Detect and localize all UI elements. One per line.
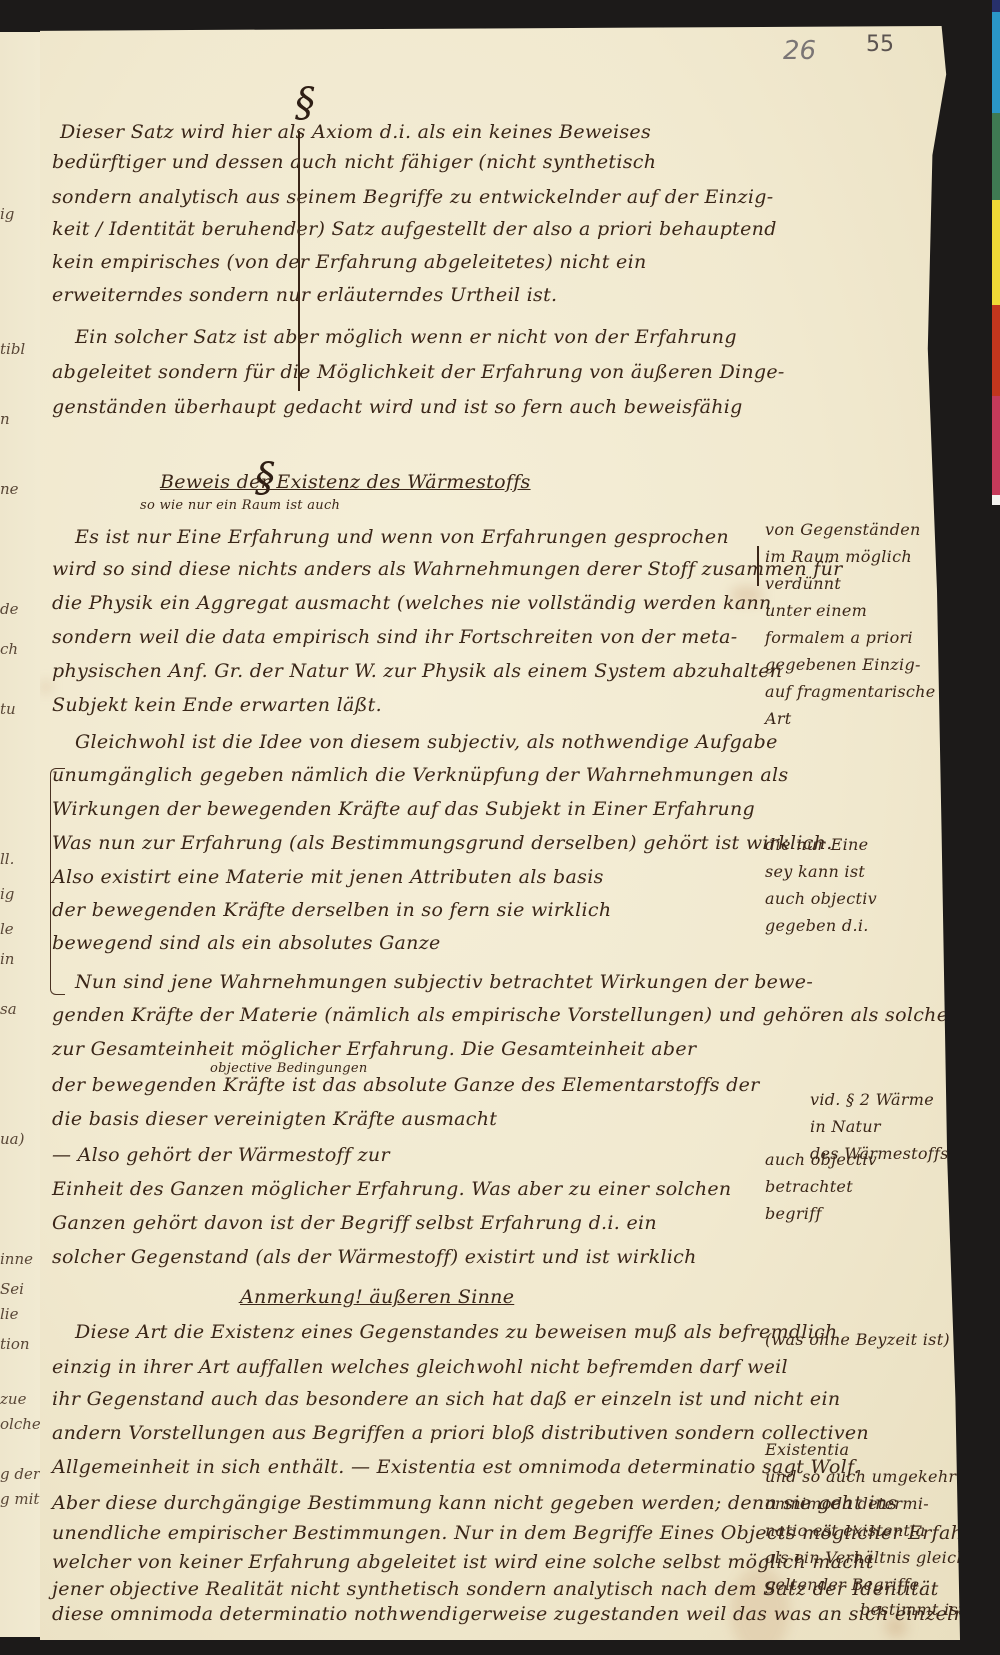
handwritten-line: bewegend sind als ein absolutes Ganze <box>52 932 441 954</box>
calibration-swatch-red <box>992 305 1000 396</box>
handwritten-line: Ganzen gehört davon ist der Begriff selb… <box>52 1212 657 1234</box>
handwritten-line: Nun sind jene Wahrnehmungen subjectiv be… <box>75 971 813 993</box>
calibration-swatch-green <box>992 113 1000 200</box>
facing-page-text-fragment: sa <box>0 1000 17 1018</box>
facing-page-text-fragment: tibl <box>0 340 25 358</box>
facing-page-text-fragment: ua) <box>0 1130 24 1148</box>
handwritten-line: genden Kräfte der Materie (nämlich als e… <box>52 1004 948 1026</box>
margin-note-line: vid. § 2 Wärme <box>810 1086 949 1113</box>
facing-page-text-fragment: g der <box>0 1465 40 1483</box>
facing-page-text-fragment: n <box>0 410 10 428</box>
handwritten-line: andern Vorstellungen aus Begriffen a pri… <box>52 1422 869 1444</box>
handwritten-line: ihr Gegenstand auch das besondere an sic… <box>52 1388 840 1410</box>
facing-page-text-fragment: tu <box>0 700 16 718</box>
facing-page-text-fragment: ne <box>0 480 19 498</box>
folio-number-pencil: 26 <box>783 36 816 66</box>
handwritten-line: so wie nur ein Raum ist auch <box>140 498 340 513</box>
handwritten-line: solcher Gegenstand (als der Wärmestoff) … <box>52 1246 697 1268</box>
margin-note-line: gegebenen Einzig- <box>765 651 936 678</box>
margin-note-line: unter einem <box>765 597 936 624</box>
manuscript-page: 26 55 §§Dieser Satz wird hier als Axiom … <box>40 26 960 1640</box>
calibration-swatch-navy <box>992 0 1000 12</box>
margin-note-line: (was ohne Beyzeit ist) <box>765 1326 950 1353</box>
section-sign: § <box>295 80 315 126</box>
handwritten-line: keit / Identität beruhender) Satz aufges… <box>52 218 777 240</box>
margin-note-line: gegeben d.i. <box>765 912 877 939</box>
handwritten-line: der bewegenden Kräfte ist das absolute G… <box>52 1074 760 1096</box>
handwritten-line: Also existirt eine Materie mit jenen Att… <box>52 866 604 888</box>
margin-note-line: und so auch umgekehrt <box>765 1463 973 1490</box>
margin-note: (was ohne Beyzeit ist) <box>765 1326 950 1353</box>
margin-note-line: auch objectiv <box>765 1146 877 1173</box>
handwritten-line: Allgemeinheit in sich enthält. — Existen… <box>52 1456 860 1478</box>
handwritten-line: wird so sind diese nichts anders als Wah… <box>52 558 843 580</box>
handwritten-line: die Physik ein Aggregat ausmacht (welche… <box>52 592 772 614</box>
facing-page-text-fragment: in <box>0 950 14 968</box>
handwritten-line: Diese Art die Existenz eines Gegenstande… <box>75 1321 838 1343</box>
margin-note: auch objectivbetrachtetbegriff <box>765 1146 877 1227</box>
margin-note-line: betrachtet <box>765 1173 877 1200</box>
margin-note-line: von Gegenständen <box>765 516 936 543</box>
color-calibration-strip <box>992 0 1000 505</box>
handwritten-line: sondern weil die data empirisch sind ihr… <box>52 626 737 648</box>
margin-note-line: sey kann ist <box>765 858 877 885</box>
handwritten-line: Dieser Satz wird hier als Axiom d.i. als… <box>60 121 651 143</box>
section-heading: Beweis der Existenz des Wärmestoffs <box>160 471 531 493</box>
facing-page-text-fragment: ll. <box>0 850 14 868</box>
margin-note-line: geltender Begriffe. <box>765 1571 973 1598</box>
handwritten-line: — Also gehört der Wärmestoff zur <box>52 1144 390 1166</box>
facing-page-text-fragment: ig <box>0 205 14 223</box>
margin-note-line: omnimoda determi- <box>765 1490 973 1517</box>
ink-stain <box>40 681 52 693</box>
calibration-swatch-white <box>992 495 1000 505</box>
margin-note-line: auch objectiv <box>765 885 877 912</box>
handwritten-line: Subjekt kein Ende erwarten läßt. <box>52 694 382 716</box>
calibration-swatch-magenta <box>992 396 1000 495</box>
handwritten-line: kein empirisches (von der Erfahrung abge… <box>52 251 647 273</box>
facing-page-text-fragment: olche <box>0 1415 41 1433</box>
margin-note-line: als ein Verhältnis gleich- <box>765 1544 973 1571</box>
margin-note: die nur Einesey kann istauch objectivgeg… <box>765 831 877 939</box>
handwritten-line: Einheit des Ganzen möglicher Erfahrung. … <box>52 1178 731 1200</box>
handwritten-line: Ein solcher Satz ist aber möglich wenn e… <box>75 326 737 348</box>
handwritten-line: diese omnimoda determinatio nothwendiger… <box>52 1603 997 1625</box>
margin-note-line: auf fragmentarische <box>765 678 936 705</box>
facing-page-text-fragment: Sei <box>0 1280 24 1298</box>
facing-page-text-fragment: inne <box>0 1250 33 1268</box>
margin-note: Existentiaund so auch umgekehrtomnimoda … <box>765 1436 973 1598</box>
handwritten-line: die basis dieser vereinigten Kräfte ausm… <box>52 1108 497 1130</box>
margin-note-line: die nur Eine <box>765 831 877 858</box>
facing-page-text-fragment: le <box>0 920 14 938</box>
calibration-swatch-cyan <box>992 12 1000 113</box>
margin-note-line: Art <box>765 705 936 732</box>
margin-note-line: natio est existentia <box>765 1517 973 1544</box>
handwritten-line: genständen überhaupt gedacht wird und is… <box>52 396 743 418</box>
margin-note-line: begriff <box>765 1200 877 1227</box>
handwritten-line: unumgänglich gegeben nämlich die Verknüp… <box>52 764 788 786</box>
margin-note-line: verdünnt <box>765 570 936 597</box>
facing-page-fragment: igtiblnnedechtull.igleinsaua)inneSeiliet… <box>0 32 41 1637</box>
facing-page-text-fragment: g mit <box>0 1490 39 1508</box>
margin-note: bestimmt ist <box>860 1596 965 1623</box>
handwritten-line: erweiterndes sondern nur erläuterndes Ur… <box>52 284 557 306</box>
facing-page-text-fragment: lie <box>0 1305 18 1323</box>
section-heading: Anmerkung! äußeren Sinne <box>240 1286 514 1308</box>
facing-page-text-fragment: ig <box>0 885 14 903</box>
facing-page-text-fragment: ch <box>0 640 18 658</box>
facing-page-text-fragment: tion <box>0 1335 30 1353</box>
handwritten-line: sondern analytisch aus seinem Begriffe z… <box>52 186 773 208</box>
handwritten-line: welcher von keiner Erfahrung abgeleitet … <box>52 1551 874 1573</box>
handwritten-line: abgeleitet sondern für die Möglichkeit d… <box>52 361 785 383</box>
handwritten-line: Es ist nur Eine Erfahrung und wenn von E… <box>75 526 729 548</box>
facing-page-text-fragment: zue <box>0 1390 26 1408</box>
handwritten-line: einzig in ihrer Art auffallen welches gl… <box>52 1356 788 1378</box>
margin-note-line: bestimmt ist <box>860 1596 965 1623</box>
margin-note-line: in Natur <box>810 1113 949 1140</box>
margin-note: von Gegenständenim Raum möglichverdünntu… <box>765 516 936 732</box>
margin-note-line: Existentia <box>765 1436 973 1463</box>
handwritten-line: Wirkungen der bewegenden Kräfte auf das … <box>52 798 755 820</box>
handwritten-line: Was nun zur Erfahrung (als Bestimmungsgr… <box>52 832 833 854</box>
handwritten-line: zur Gesamteinheit möglicher Erfahrung. D… <box>52 1038 696 1060</box>
handwritten-line: physischen Anf. Gr. der Natur W. zur Phy… <box>52 660 782 682</box>
margin-note-line: im Raum möglich <box>765 543 936 570</box>
margin-note-line: formalem a priori <box>765 624 936 651</box>
handwritten-line: bedürftiger und dessen auch nicht fähige… <box>52 151 656 173</box>
facing-page-text-fragment: de <box>0 600 18 618</box>
calibration-swatch-yellow <box>992 200 1000 305</box>
handwritten-line: Gleichwohl ist die Idee von diesem subje… <box>75 731 778 753</box>
folio-number-ink: 55 <box>866 32 894 57</box>
handwritten-line: der bewegenden Kräfte derselben in so fe… <box>52 899 611 921</box>
